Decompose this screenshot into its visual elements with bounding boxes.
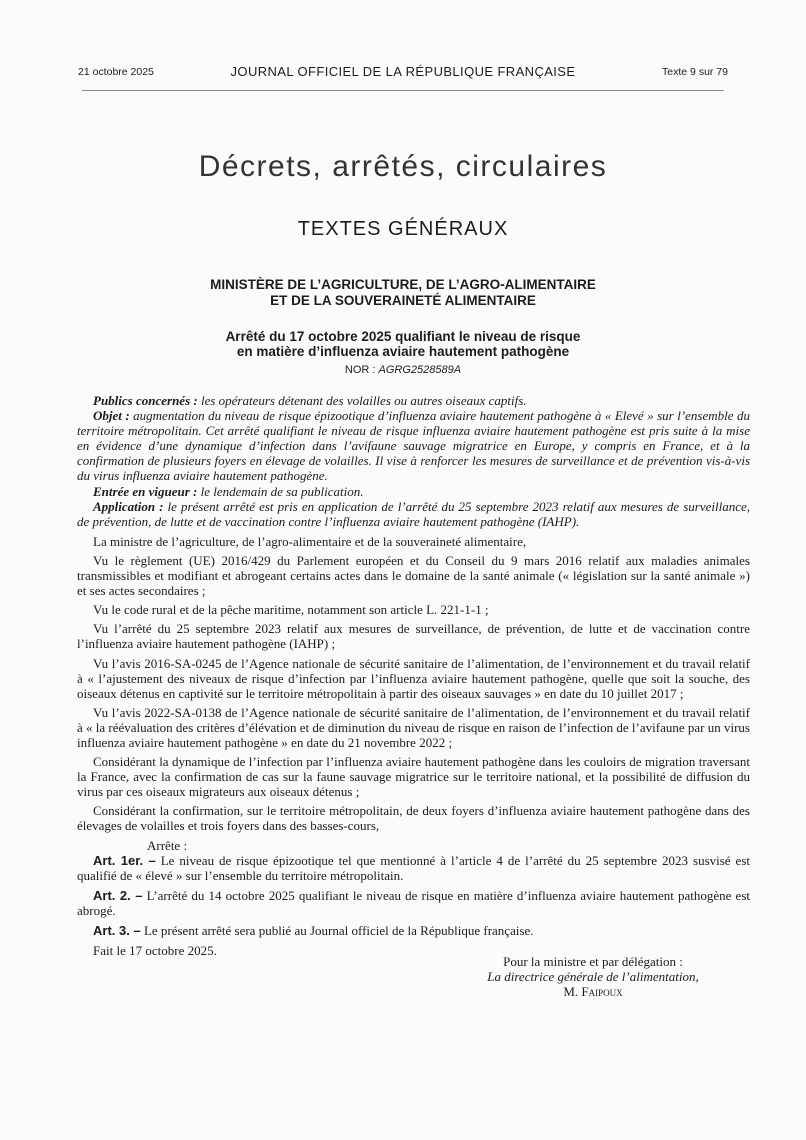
article: Art. 2. – L’arrêté du 14 octobre 2025 qu… — [77, 888, 750, 918]
subsection-title: TEXTES GÉNÉRAUX — [0, 218, 806, 241]
summary-item: Publics concernés : les opérateurs déten… — [77, 393, 750, 408]
ministry-line-1: MINISTÈRE DE L’AGRICULTURE, DE L’AGRO-AL… — [0, 277, 806, 293]
nor-value: AGRG2528589A — [379, 364, 462, 376]
visa-paragraph: Vu l’arrêté du 25 septembre 2023 relatif… — [77, 621, 750, 651]
article: Art. 3. – Le présent arrêté sera publié … — [77, 923, 750, 938]
summary-block: Publics concernés : les opérateurs déten… — [77, 393, 750, 529]
visa-paragraph: Vu le règlement (UE) 2016/429 du Parleme… — [77, 553, 750, 598]
header-rule — [82, 90, 724, 91]
signature-line-2: La directrice générale de l’alimentation… — [430, 969, 756, 984]
visa-paragraph: La ministre de l’agriculture, de l’agro-… — [77, 534, 750, 549]
ministry-line-2: ET DE LA SOUVERAINETÉ ALIMENTAIRE — [0, 293, 806, 309]
page-number: Texte 9 sur 79 — [662, 66, 728, 78]
section-title: Décrets, arrêtés, circulaires — [0, 150, 806, 184]
decree-title-line-1: Arrêté du 17 octobre 2025 qualifiant le … — [0, 329, 806, 344]
arrete-label: Arrête : — [77, 838, 750, 853]
visa-paragraph: Vu le code rural et de la pêche maritime… — [77, 602, 750, 617]
visa-paragraph: Considérant la confirmation, sur le terr… — [77, 803, 750, 833]
nor-reference: NOR : AGRG2528589A — [0, 364, 806, 376]
signature-block: Pour la ministre et par délégation : La … — [430, 954, 756, 999]
document-body: Publics concernés : les opérateurs déten… — [77, 393, 750, 958]
signature-line-1: Pour la ministre et par délégation : — [430, 954, 756, 969]
nor-label: NOR : — [345, 364, 379, 376]
summary-item: Entrée en vigueur : le lendemain de sa p… — [77, 484, 750, 499]
ministry-heading: MINISTÈRE DE L’AGRICULTURE, DE L’AGRO-AL… — [0, 277, 806, 309]
summary-item: Application : le présent arrêté est pris… — [77, 499, 750, 529]
visa-paragraph: Vu l’avis 2016-SA-0245 de l’Agence natio… — [77, 656, 750, 701]
visa-paragraph: Vu l’avis 2022-SA-0138 de l’Agence natio… — [77, 705, 750, 750]
journal-title: JOURNAL OFFICIEL DE LA RÉPUBLIQUE FRANÇA… — [78, 64, 728, 79]
page-header: 21 octobre 2025 JOURNAL OFFICIEL DE LA R… — [78, 64, 728, 82]
articles-block: Art. 1er. – Le niveau de risque épizooti… — [77, 853, 750, 938]
visa-paragraph: Considérant la dynamique de l’infection … — [77, 754, 750, 799]
article: Art. 1er. – Le niveau de risque épizooti… — [77, 853, 750, 883]
summary-item: Objet : augmentation du niveau de risque… — [77, 408, 750, 483]
visas-block: La ministre de l’agriculture, de l’agro-… — [77, 534, 750, 834]
decree-title: Arrêté du 17 octobre 2025 qualifiant le … — [0, 329, 806, 359]
decree-title-line-2: en matière d’influenza aviaire hautement… — [0, 344, 806, 359]
signatory-name: M. Faipoux — [430, 984, 756, 999]
